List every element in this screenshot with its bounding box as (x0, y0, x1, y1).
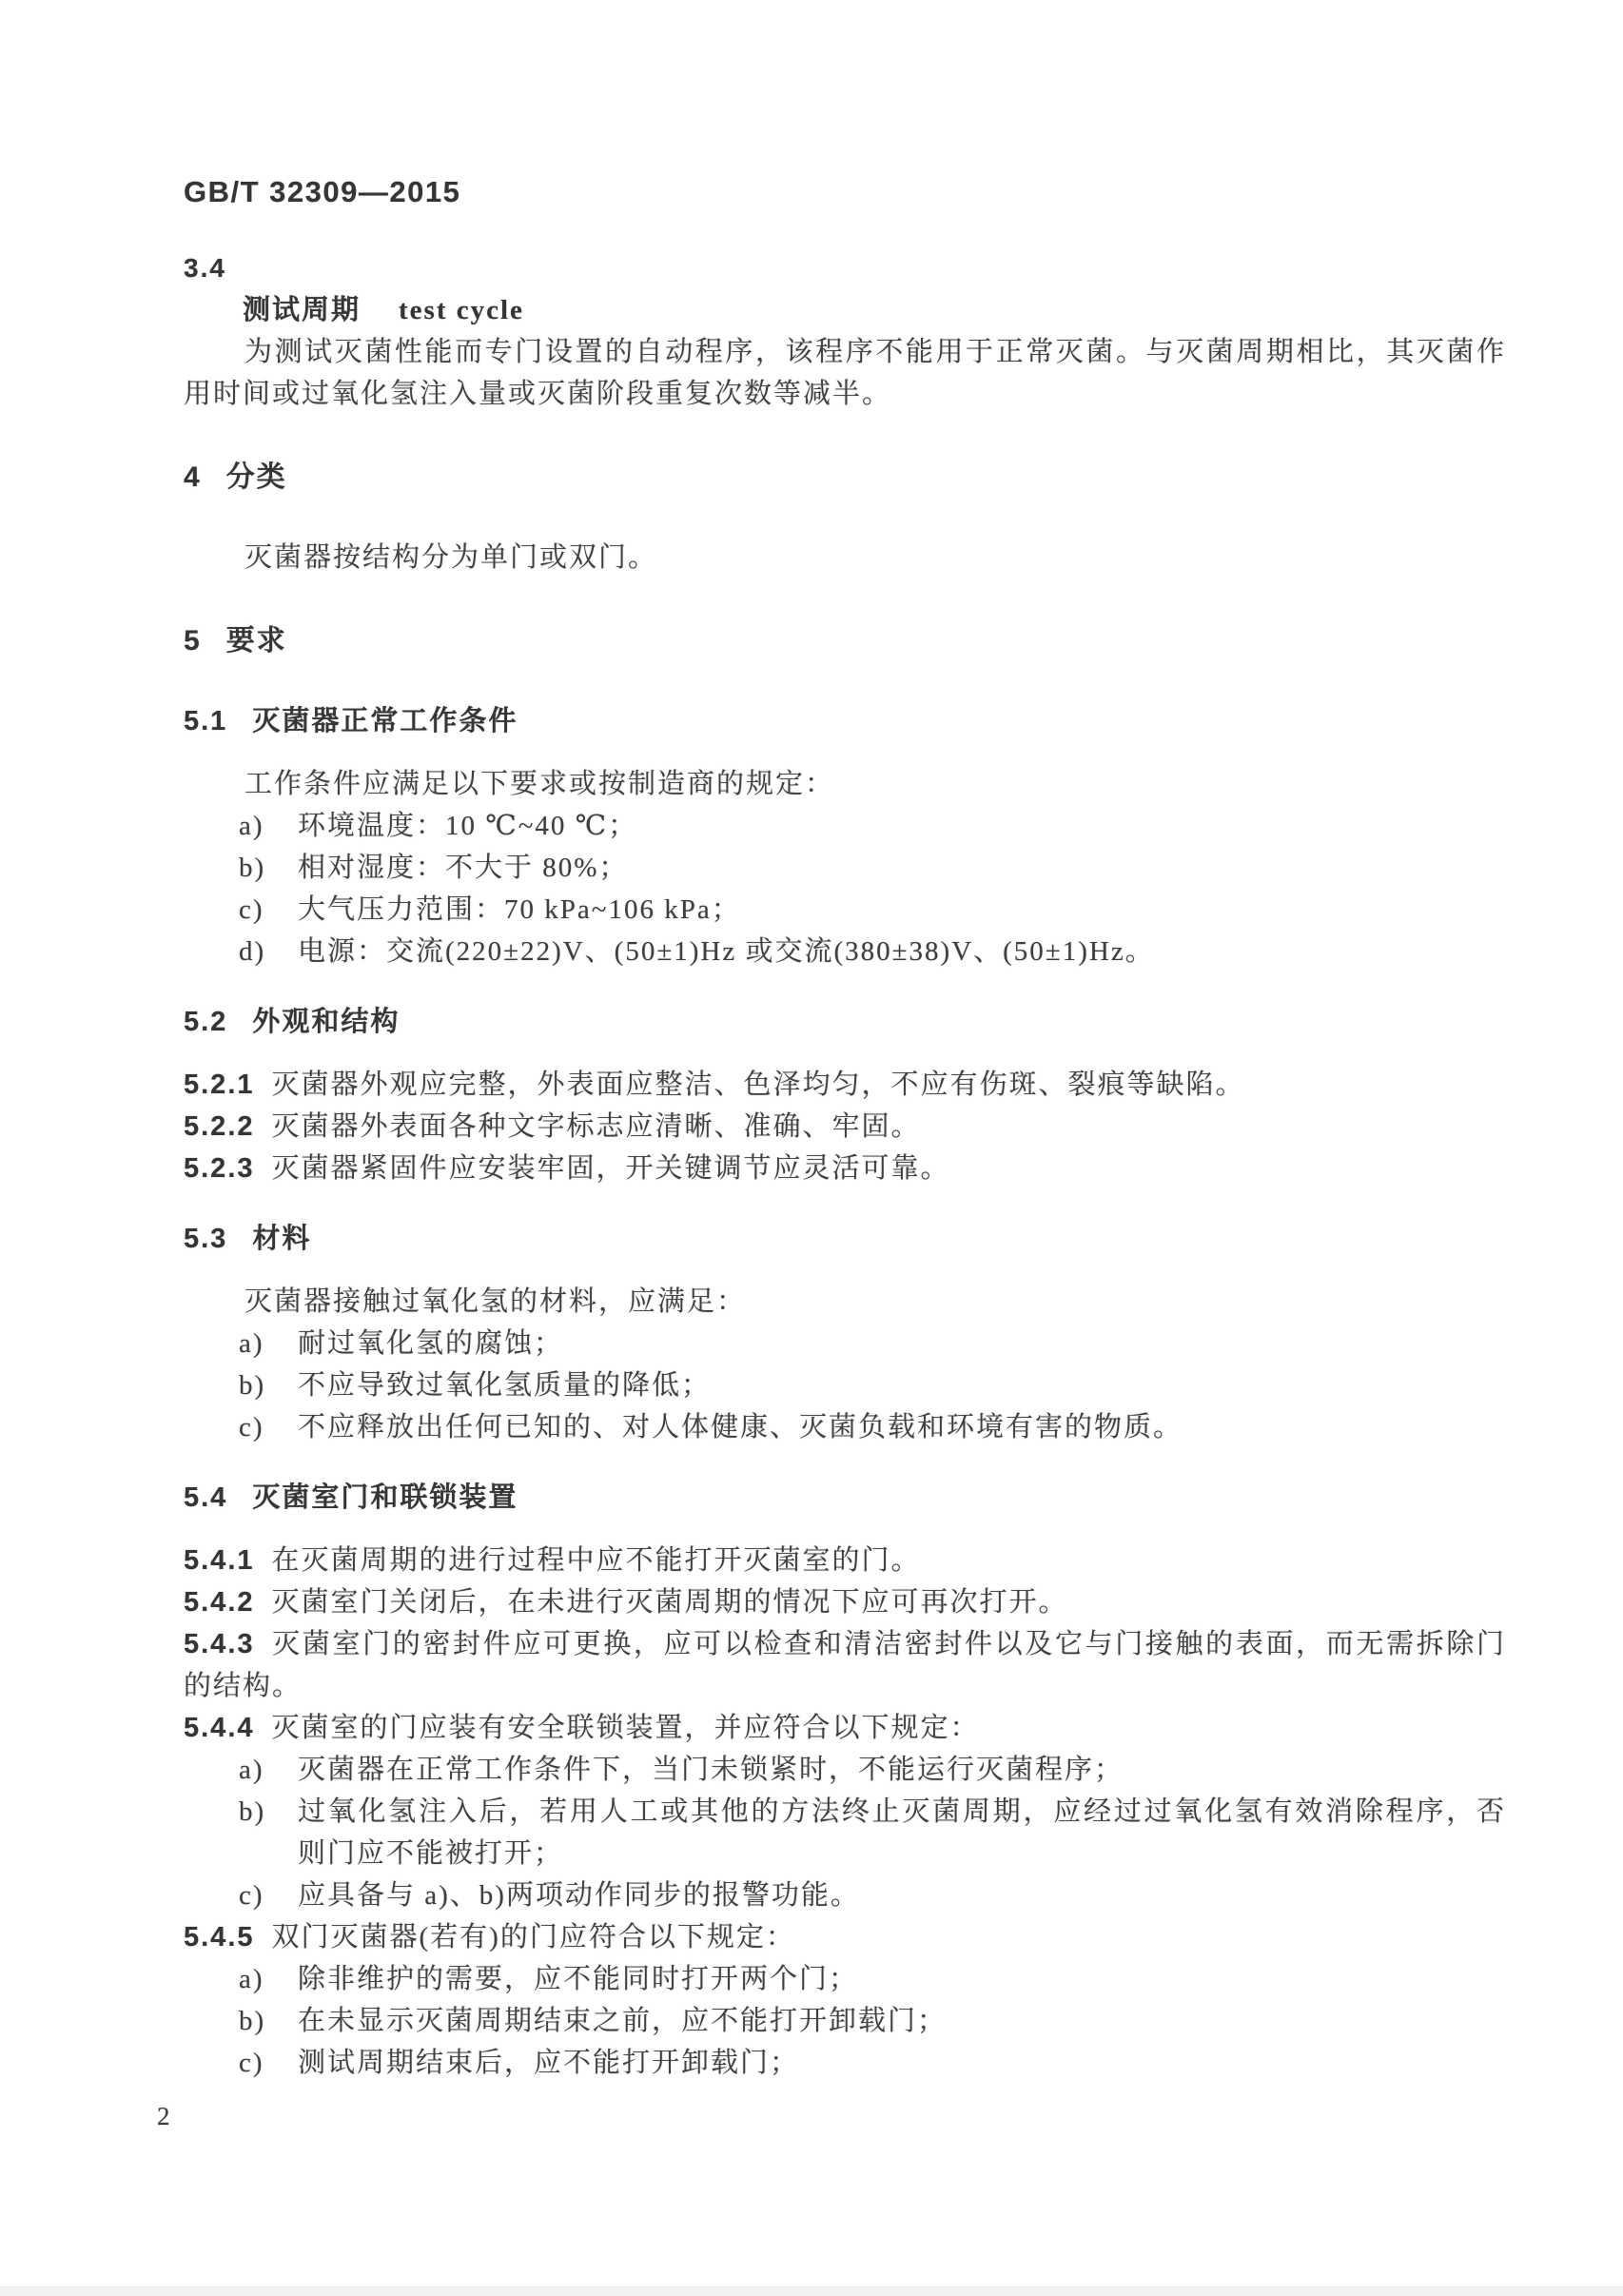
section-number: 4 (184, 461, 202, 493)
section-title: 材料 (252, 1224, 311, 1254)
item-text: 相对湿度：不大于 80%； (298, 853, 628, 883)
section-title: 灭菌室门和联锁装置 (252, 1482, 518, 1513)
clause-number: 5.2.1 (184, 1070, 255, 1100)
section-title: 灭菌器正常工作条件 (252, 706, 518, 736)
section-title: 要求 (226, 625, 287, 657)
clause-text: 灭菌室门关闭后，在未进行灭菌周期的情况下应可再次打开。 (272, 1587, 1068, 1618)
item-label: a) (239, 1323, 264, 1364)
item-text: 不应导致过氧化氢质量的降低； (298, 1370, 711, 1401)
clause-5-4-1: 5.4.1在灭菌周期的进行过程中应不能打开灭菌室的门。 (184, 1540, 1506, 1581)
section-5-heading: 5要求 (184, 620, 1506, 662)
list-item: b)不应导致过氧化氢质量的降低； (184, 1364, 1506, 1406)
item-label: b) (239, 847, 265, 889)
section-5-2-heading: 5.2外观和结构 (184, 1001, 1506, 1043)
list-item: a)灭菌器在正常工作条件下，当门未锁紧时，不能运行灭菌程序； (184, 1749, 1506, 1791)
item-label: b) (239, 1791, 265, 1833)
clause-number: 5.4.2 (184, 1587, 255, 1618)
section-5-3-intro: 灭菌器接触过氧化氢的材料，应满足： (184, 1281, 1506, 1323)
item-label: c) (239, 2042, 264, 2084)
section-title: 分类 (226, 461, 287, 493)
clause-text: 灭菌器外观应完整，外表面应整洁、色泽均匀，不应有伤斑、裂痕等缺陷。 (272, 1070, 1245, 1100)
section-number: 5.3 (184, 1224, 227, 1254)
list-item: b)过氧化氢注入后，若用人工或其他的方法终止灭菌周期，应经过过氧化氢有效消除程序… (184, 1791, 1506, 1874)
item-label: a) (239, 1958, 264, 2000)
clause-text: 灭菌器外表面各种文字标志应清晰、准确、牢固。 (272, 1111, 921, 1142)
page-content: GB/T 32309—2015 3.4 测试周期test cycle 为测试灭菌… (184, 176, 1506, 2137)
viewer-bottom-bar (0, 2286, 1623, 2296)
section-number: 5 (184, 625, 202, 657)
section-4-heading: 4分类 (184, 457, 1506, 499)
section-5-1-heading: 5.1灭菌器正常工作条件 (184, 700, 1506, 742)
clause-5-4-4: 5.4.4灭菌室的门应装有安全联锁装置，并应符合以下规定： (184, 1707, 1506, 1749)
clause-number: 5.4.5 (184, 1922, 255, 1953)
term-zh: 测试周期 (243, 295, 361, 325)
item-label: a) (239, 1749, 264, 1791)
list-item: d)电源：交流(220±22)V、(50±1)Hz 或交流(380±38)V、(… (184, 931, 1506, 972)
item-label: b) (239, 1364, 265, 1406)
item-label: c) (239, 889, 264, 931)
item-text: 大气压力范围：70 kPa~106 kPa； (298, 894, 741, 925)
clause-5-4-2: 5.4.2灭菌室门关闭后，在未进行灭菌周期的情况下应可再次打开。 (184, 1581, 1506, 1623)
section-title: 外观和结构 (252, 1007, 400, 1037)
item-label: c) (239, 1874, 264, 1916)
item-text: 电源：交流(220±22)V、(50±1)Hz 或交流(380±38)V、(50… (298, 936, 1155, 967)
term-definition: 为测试灭菌性能而专门设置的自动程序，该程序不能用于正常灭菌。与灭菌周期相比，其灭… (184, 331, 1506, 415)
item-text: 过氧化氢注入后，若用人工或其他的方法终止灭菌周期，应经过过氧化氢有效消除程序，否… (298, 1796, 1506, 1869)
section-number: 5.2 (184, 1007, 227, 1037)
list-item: c)不应释放出任何已知的、对人体健康、灭菌负载和环境有害的物质。 (184, 1406, 1506, 1448)
list-item: c)大气压力范围：70 kPa~106 kPa； (184, 889, 1506, 931)
clause-3-4-number: 3.4 (184, 247, 1506, 289)
clause-text: 在灭菌周期的进行过程中应不能打开灭菌室的门。 (272, 1545, 921, 1576)
item-label: c) (239, 1406, 264, 1448)
clause-text: 灭菌室的门应装有安全联锁装置，并应符合以下规定： (272, 1713, 980, 1743)
item-text: 除非维护的需要，应不能同时打开两个门； (298, 1964, 858, 1994)
clause-text: 灭菌室门的密封件应可更换，应可以检查和清洁密封件以及它与门接触的表面，而无需拆除… (184, 1629, 1506, 1701)
list-item: c)测试周期结束后，应不能打开卸载门； (184, 2042, 1506, 2084)
clause-5-2-1: 5.2.1灭菌器外观应完整，外表面应整洁、色泽均匀，不应有伤斑、裂痕等缺陷。 (184, 1064, 1506, 1106)
item-text: 环境温度：10 ℃~40 ℃； (298, 811, 637, 841)
item-label: b) (239, 2000, 265, 2042)
item-label: d) (239, 931, 265, 972)
clause-number: 5.2.3 (184, 1153, 255, 1184)
clause-number: 5.2.2 (184, 1111, 255, 1142)
section-5-1-intro: 工作条件应满足以下要求或按制造商的规定： (184, 763, 1506, 805)
list-item: a)耐过氧化氢的腐蚀； (184, 1323, 1506, 1364)
document-page: GB/T 32309—2015 3.4 测试周期test cycle 为测试灭菌… (0, 0, 1623, 2296)
clause-number: 5.4.4 (184, 1713, 255, 1743)
clause-5-4-5: 5.4.5双门灭菌器(若有)的门应符合以下规定： (184, 1916, 1506, 1958)
section-number: 5.4 (184, 1482, 227, 1513)
clause-number: 5.4.1 (184, 1545, 255, 1576)
clause-number: 5.4.3 (184, 1629, 255, 1659)
list-item: b)在未显示灭菌周期结束之前，应不能打开卸载门； (184, 2000, 1506, 2042)
item-text: 测试周期结束后，应不能打开卸载门； (298, 2048, 799, 2078)
clause-text: 双门灭菌器(若有)的门应符合以下规定： (272, 1922, 795, 1953)
item-label: a) (239, 805, 264, 847)
item-text: 耐过氧化氢的腐蚀； (298, 1328, 563, 1359)
list-item: a)除非维护的需要，应不能同时打开两个门； (184, 1958, 1506, 2000)
section-4-body: 灭菌器按结构分为单门或双门。 (184, 537, 1506, 579)
clause-5-2-2: 5.2.2灭菌器外表面各种文字标志应清晰、准确、牢固。 (184, 1106, 1506, 1148)
list-item: c)应具备与 a)、b)两项动作同步的报警功能。 (184, 1874, 1506, 1916)
section-5-4-heading: 5.4灭菌室门和联锁装置 (184, 1477, 1506, 1519)
section-5-3-heading: 5.3材料 (184, 1218, 1506, 1260)
list-item: a)环境温度：10 ℃~40 ℃； (184, 805, 1506, 847)
term-en: test cycle (399, 295, 524, 325)
clause-text: 灭菌器紧固件应安装牢固，开关键调节应灵活可靠。 (272, 1153, 950, 1184)
section-number: 5.1 (184, 706, 227, 736)
clause-5-4-3: 5.4.3灭菌室门的密封件应可更换，应可以检查和清洁密封件以及它与门接触的表面，… (184, 1623, 1506, 1707)
item-text: 灭菌器在正常工作条件下，当门未锁紧时，不能运行灭菌程序； (298, 1755, 1124, 1785)
standard-code-header: GB/T 32309—2015 (184, 176, 1506, 208)
clause-5-2-3: 5.2.3灭菌器紧固件应安装牢固，开关键调节应灵活可靠。 (184, 1148, 1506, 1189)
term-line: 测试周期test cycle (243, 289, 1506, 331)
page-number: 2 (157, 2095, 1506, 2137)
list-item: b)相对湿度：不大于 80%； (184, 847, 1506, 889)
item-text: 不应释放出任何已知的、对人体健康、灭菌负载和环境有害的物质。 (298, 1412, 1183, 1442)
item-text: 应具备与 a)、b)两项动作同步的报警功能。 (298, 1880, 860, 1911)
item-text: 在未显示灭菌周期结束之前，应不能打开卸载门； (298, 2006, 947, 2036)
